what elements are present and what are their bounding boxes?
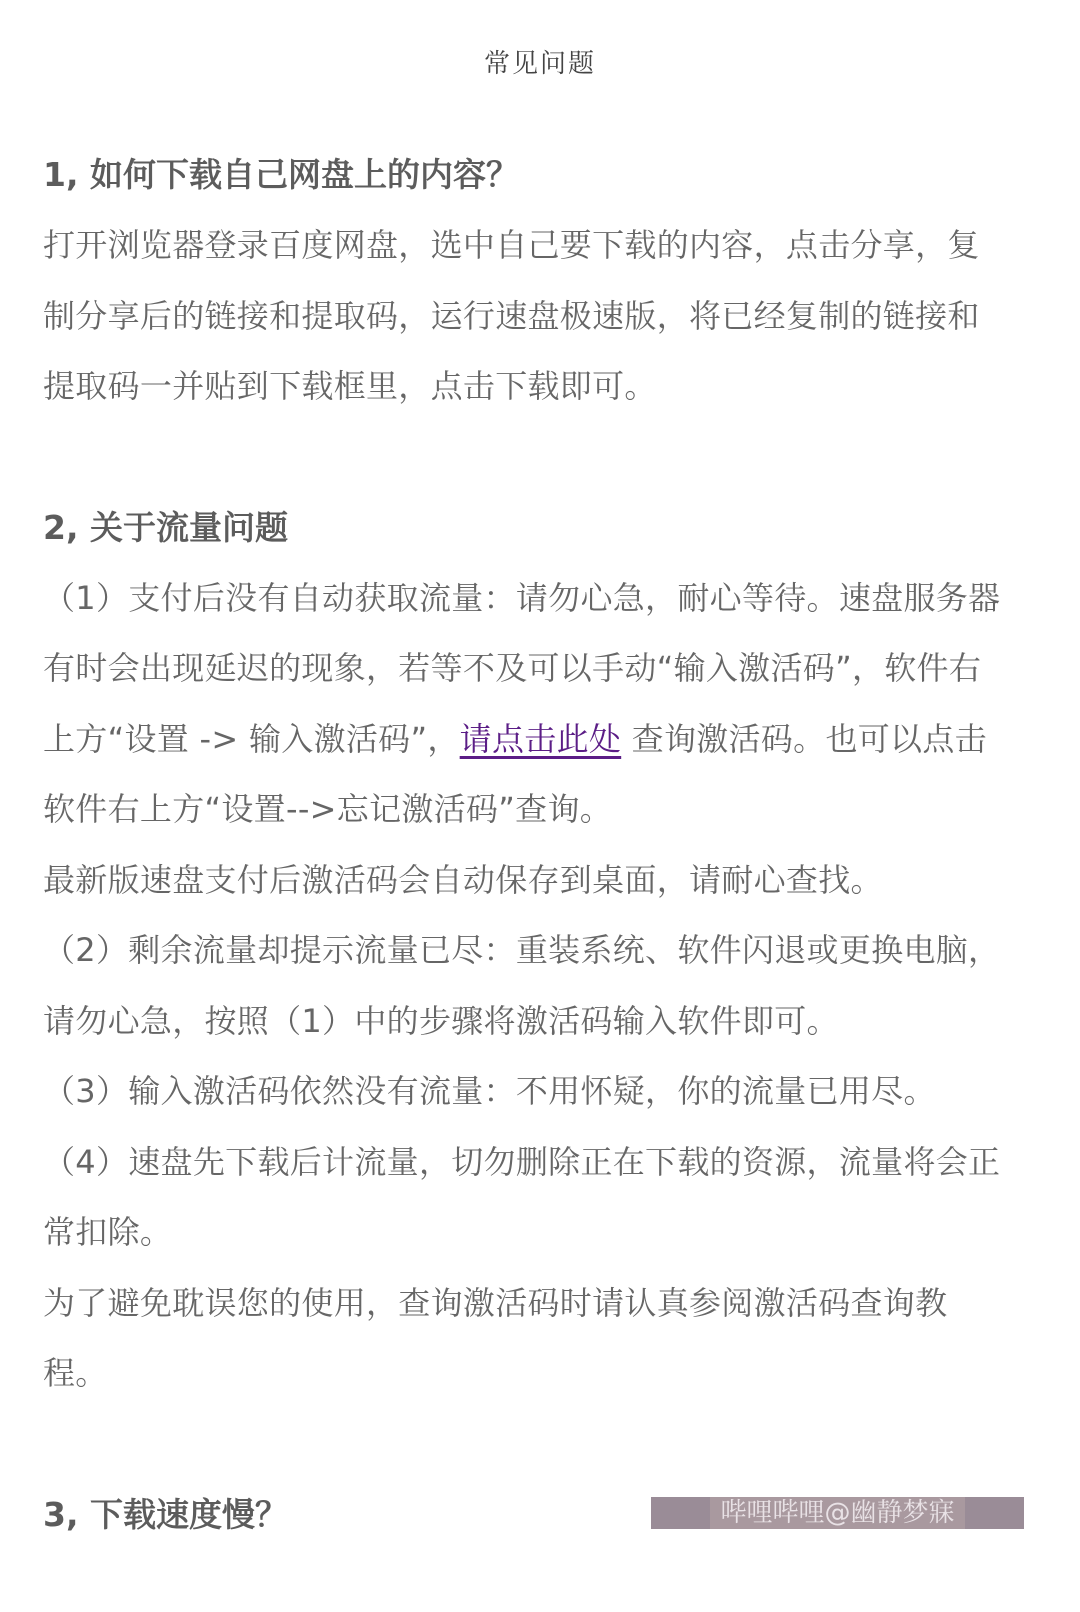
faq-section-2: 2, 关于流量问题 （1）支付后没有自动获取流量：请勿心急，耐心等待。速盘服务器… [43, 493, 1003, 1409]
activation-code-query-link[interactable]: 请点击此处 [460, 720, 622, 758]
answer-note-1: 最新版速盘支付后激活码会自动保存到桌面，请耐心查找。 [43, 845, 1003, 916]
faq-section-1: 1, 如何下载自己网盘上的内容？ 打开浏览器登录百度网盘，选中自己要下载的内容，… [43, 140, 1003, 422]
section-heading: 1, 如何下载自己网盘上的内容？ [43, 140, 1003, 210]
page-title: 常见问题 [0, 44, 1080, 84]
watermark-banner: 哔哩哔哩@幽静梦寐 [651, 1497, 1024, 1529]
section-spacer [43, 1409, 1003, 1480]
answer-paragraph: 打开浏览器登录百度网盘，选中自己要下载的内容，点击分享，复制分享后的链接和提取码… [43, 210, 1003, 422]
answer-note-2: 为了避免耽误您的使用，查询激活码时请认真参阅激活码查询教程。 [43, 1268, 1003, 1409]
faq-content: 1, 如何下载自己网盘上的内容？ 打开浏览器登录百度网盘，选中自己要下载的内容，… [43, 140, 1003, 1550]
answer-item-4: （4）速盘先下载后计流量，切勿删除正在下载的资源，流量将会正常扣除。 [43, 1127, 1003, 1268]
section-spacer [43, 422, 1003, 493]
section-heading: 2, 关于流量问题 [43, 493, 1003, 563]
watermark-text: 哔哩哔哩@幽静梦寐 [710, 1497, 964, 1529]
answer-item-2: （2）剩余流量却提示流量已尽：重装系统、软件闪退或更换电脑，请勿心急，按照（1）… [43, 915, 1003, 1056]
answer-item-3: （3）输入激活码依然没有流量：不用怀疑，你的流量已用尽。 [43, 1056, 1003, 1127]
answer-item-1: （1）支付后没有自动获取流量：请勿心急，耐心等待。速盘服务器有时会出现延迟的现象… [43, 563, 1003, 845]
